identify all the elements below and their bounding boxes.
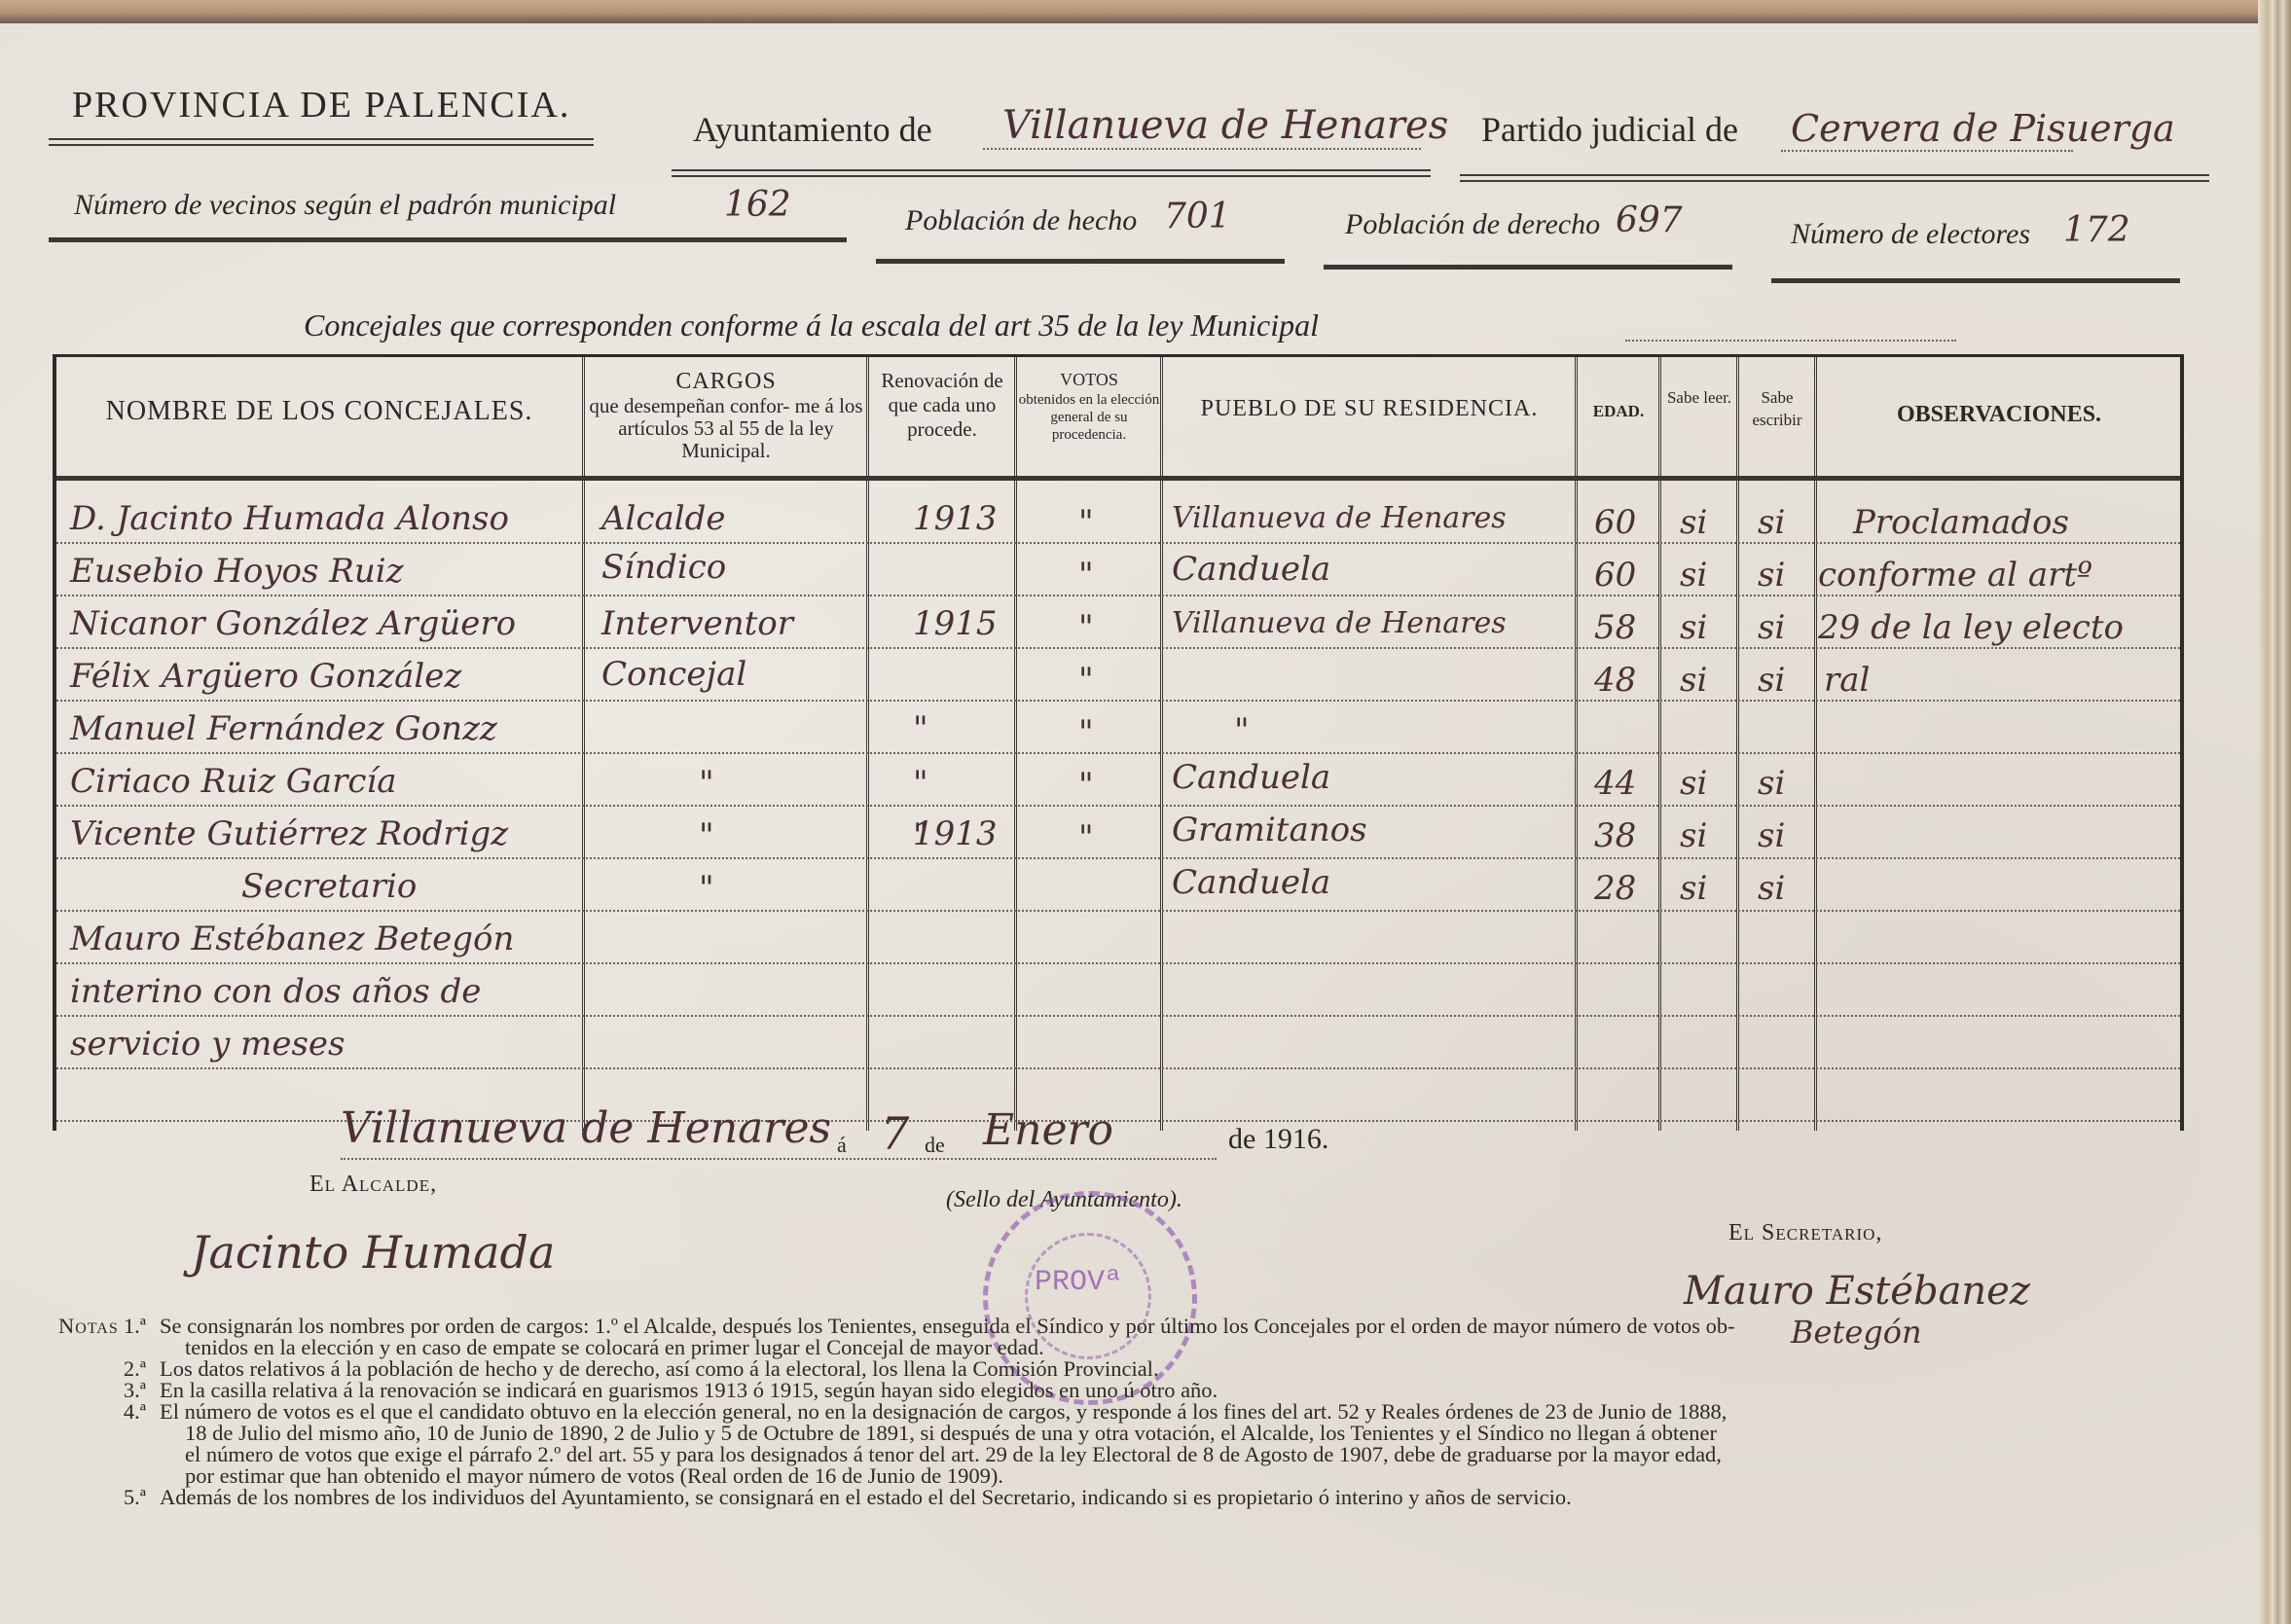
ayuntamiento-dots: [983, 148, 1421, 150]
date-day: 7: [881, 1107, 909, 1160]
cell-observaciones: conforme al artº: [1818, 556, 2092, 595]
cell-votos: ": [1078, 766, 1094, 805]
row-line: [56, 700, 2180, 702]
poblacion-hecho-value: 701: [1164, 197, 1231, 236]
note-number: 4.ª: [58, 1401, 160, 1423]
cell-escribir: si: [1758, 869, 1785, 908]
cell-renovacion: 1913: [913, 499, 998, 538]
header-escribir: Sabe escribir: [1740, 386, 1814, 431]
vecinos-rule: [49, 237, 847, 242]
cell-nombre: Ciriaco Ruiz García: [70, 762, 397, 801]
cell-pueblo: Villanueva de Henares: [1172, 606, 1507, 640]
note-item: 3.ª En la casilla relativa á la renovaci…: [58, 1380, 2200, 1401]
ayuntamiento-label: Ayuntamiento de: [693, 109, 932, 150]
cell-cargo: ": [699, 764, 714, 803]
header-leer: Sabe leer.: [1662, 386, 1736, 409]
electores-value: 172: [2063, 210, 2130, 250]
row-line: [56, 542, 2180, 544]
cell-votos: ": [1078, 818, 1094, 857]
alcalde-label: El Alcalde,: [309, 1172, 437, 1198]
poblacion-derecho-rule: [1324, 265, 1732, 270]
header-nombre: NOMBRE DE LOS CONCEJALES.: [56, 396, 582, 427]
cell-edad: 28: [1594, 869, 1636, 908]
partido-label: Partido judicial de: [1481, 109, 1738, 150]
ayuntamiento-rule: [672, 169, 1431, 177]
notes-heading: Notas: [58, 1316, 119, 1337]
electores-label: Número de electores: [1791, 218, 2030, 251]
cell-cargo: Alcalde: [601, 499, 726, 538]
header-cargos: CARGOS que desempeñan confor- me á los a…: [586, 369, 866, 462]
secretario-name: Mauro Estébanez Betegón: [70, 920, 514, 958]
cell-votos: ": [1078, 503, 1094, 542]
cell-edad: 38: [1594, 816, 1636, 855]
row-line: [56, 647, 2180, 649]
note-item: 2.ª Los datos relativos á la población d…: [58, 1358, 2200, 1380]
row-line: [56, 595, 2180, 596]
cell-votos: ": [1078, 661, 1094, 700]
electores-rule: [1771, 278, 2180, 283]
cell-cargo: Síndico: [601, 548, 726, 587]
note-text: Además de los nombres de los individuos …: [160, 1487, 2200, 1508]
cell-escribir: si: [1758, 503, 1785, 542]
note-text: Se consignarán los nombres por orden de …: [160, 1316, 2200, 1337]
cell-cargo: ": [699, 869, 714, 908]
note-item: Notas 1.ª Se consignarán los nombres por…: [58, 1316, 2200, 1337]
concejales-line: Concejales que corresponden conforme á l…: [304, 307, 1319, 343]
date-a: á: [837, 1133, 847, 1158]
cell-nombre: Félix Argüero González: [70, 657, 461, 696]
cell-leer: si: [1680, 869, 1707, 908]
cell-pueblo: Canduela: [1172, 550, 1330, 589]
note-text: En la casilla relativa á la renovación s…: [160, 1380, 2200, 1401]
note-text: Los datos relativos á la población de he…: [160, 1358, 2200, 1380]
province-rule: [49, 138, 594, 146]
cell-observaciones: ral: [1824, 661, 1870, 700]
cell-observaciones: Proclamados: [1853, 503, 2069, 542]
cell-edad: 60: [1594, 556, 1636, 595]
poblacion-derecho-label: Población de derecho: [1345, 208, 1600, 241]
cell-leer: si: [1680, 661, 1707, 700]
cell-renovacion: 1915: [913, 604, 998, 643]
cell-escribir: si: [1758, 764, 1785, 803]
cell-edad: 44: [1594, 764, 1636, 803]
cell-pueblo: Canduela: [1172, 758, 1330, 797]
header-edad: EDAD.: [1579, 402, 1658, 421]
cell-renovacion: 1913: [913, 814, 998, 853]
cell-escribir: si: [1758, 556, 1785, 595]
cell-cargo: Concejal: [601, 655, 746, 694]
secretario-line2: interino con dos años de: [70, 972, 481, 1011]
secretario-line3: servicio y meses: [70, 1025, 345, 1064]
header-votos: VOTOS obtenidos en la elección general d…: [1018, 369, 1160, 444]
row-line: [56, 910, 2180, 912]
cell-nombre: Manuel Fernández Gonzz: [70, 709, 497, 748]
note-text-cont: el número de votos que exige el párrafo …: [58, 1444, 2200, 1465]
cell-leer: si: [1680, 816, 1707, 855]
cell-edad: 48: [1594, 661, 1636, 700]
date-dots: [341, 1158, 1217, 1160]
poblacion-derecho-value: 697: [1616, 200, 1683, 240]
stamp-text: PROVª: [1035, 1266, 1122, 1299]
note-text-cont: por estimar que han obtenido el mayor nú…: [58, 1465, 2200, 1487]
vecinos-label: Número de vecinos según el padrón munici…: [74, 189, 616, 222]
header-observaciones: OBSERVACIONES.: [1818, 402, 2180, 428]
header-rule: [56, 476, 2180, 481]
cell-nombre: Vicente Gutiérrez Rodrigz: [70, 814, 508, 853]
note-item: 4.ª El número de votos es el que el cand…: [58, 1401, 2200, 1423]
cell-nombre: Eusebio Hoyos Ruiz: [70, 552, 404, 591]
cell-leer: si: [1680, 556, 1707, 595]
vecinos-value: 162: [724, 185, 791, 225]
row-line: [56, 805, 2180, 807]
cell-edad: 60: [1594, 503, 1636, 542]
cell-votos: ": [1078, 608, 1094, 647]
cell-votos: ": [1078, 713, 1094, 752]
document-page: PROVINCIA DE PALENCIA. Ayuntamiento de V…: [0, 23, 2260, 1624]
cell-nombre: Nicanor González Argüero: [70, 604, 516, 643]
partido-dots: [1781, 150, 2073, 152]
note-text-cont: tenidos en la elección y en caso de empa…: [58, 1337, 2200, 1358]
cell-pueblo: Villanueva de Henares: [1172, 501, 1507, 535]
ayuntamiento-value: Villanueva de Henares: [1002, 103, 1448, 148]
book-binding-top: [0, 0, 2291, 25]
alcalde-signature: Jacinto Humada: [191, 1226, 555, 1279]
note-text-cont: 18 de Julio del mismo año, 10 de Junio d…: [58, 1423, 2200, 1444]
cell-leer: si: [1680, 503, 1707, 542]
row-line: [56, 962, 2180, 964]
concejales-dots: [1625, 340, 1956, 342]
cell-votos: ": [1078, 556, 1094, 595]
cell-edad: 58: [1594, 608, 1636, 647]
date-de: de: [925, 1133, 945, 1158]
cell-leer: si: [1680, 608, 1707, 647]
row-line: [56, 857, 2180, 859]
note-item: 5.ª Además de los nombres de los individ…: [58, 1487, 2200, 1508]
poblacion-hecho-rule: [876, 259, 1285, 264]
date-place: Villanueva de Henares: [341, 1103, 831, 1153]
cell-renovacion: ": [913, 709, 928, 748]
cell-leer: si: [1680, 764, 1707, 803]
cell-escribir: si: [1758, 816, 1785, 855]
book-page-edges: [2258, 0, 2291, 1624]
cell-pueblo: Gramitanos: [1172, 811, 1367, 849]
date-year: de 1916.: [1228, 1123, 1328, 1156]
notes-section: Notas 1.ª Se consignarán los nombres por…: [58, 1316, 2200, 1508]
secretario-title: Secretario: [241, 867, 417, 906]
cell-cargo: ": [699, 816, 714, 855]
concejales-table: NOMBRE DE LOS CONCEJALES. CARGOS que des…: [53, 354, 2184, 1131]
row-line: [56, 1067, 2180, 1069]
province-title: PROVINCIA DE PALENCIA.: [72, 84, 570, 126]
note-text: El número de votos es el que el candidat…: [160, 1401, 2200, 1423]
cell-renovacion: ": [913, 764, 928, 803]
note-number: 2.ª: [58, 1358, 160, 1380]
note-number: 5.ª: [58, 1487, 160, 1508]
secretario-signature-1: Mauro Estébanez: [1684, 1269, 2030, 1314]
cell-nombre: D. Jacinto Humada Alonso: [70, 499, 509, 538]
cell-escribir: si: [1758, 661, 1785, 700]
cell-escribir: si: [1758, 608, 1785, 647]
row-line: [56, 752, 2180, 754]
cell-pueblo: ": [1234, 711, 1250, 750]
cell-pueblo: Canduela: [1172, 863, 1330, 902]
row-line: [56, 1015, 2180, 1017]
cell-cargo: Interventor: [601, 604, 793, 643]
cell-observaciones: 29 de la ley electo: [1818, 608, 2124, 647]
secretario-label: El Secretario,: [1728, 1220, 1882, 1246]
poblacion-hecho-label: Población de hecho: [905, 204, 1137, 237]
partido-value: Cervera de Pisuerga: [1791, 107, 2175, 150]
partido-rule: [1460, 174, 2209, 182]
note-number: 3.ª: [58, 1380, 160, 1401]
date-month: Enero: [983, 1105, 1113, 1155]
header-renovacion: Renovación de que cada uno procede.: [870, 369, 1014, 442]
header-pueblo: PUEBLO DE SU RESIDENCIA.: [1164, 396, 1575, 422]
